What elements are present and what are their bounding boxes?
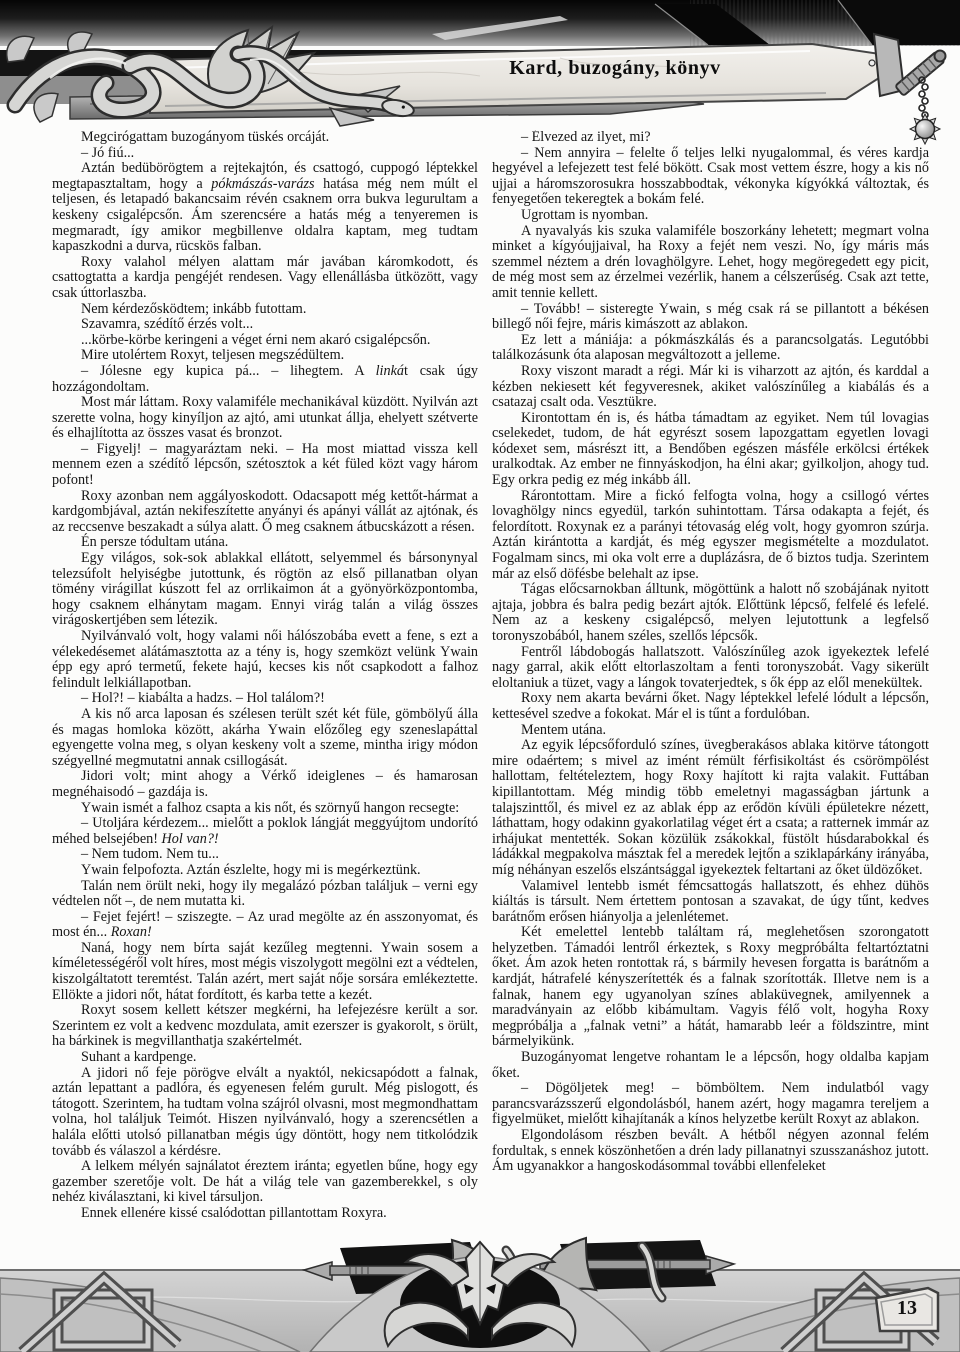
paragraph: Jidori volt; mint ahogy a Vérkő ideiglen… <box>52 769 478 800</box>
paragraph: Szavamra, szédítő érzés volt... <box>52 317 478 333</box>
text-run: – Tovább! – sisteregte Ywain, s még csak… <box>492 301 929 333</box>
page-title: Kard, buzogány, könyv <box>455 57 775 80</box>
paragraph: Kirontottam én is, és hátba támadtam az … <box>492 411 929 489</box>
text-run: Az egyik lépcsőforduló színes, üvegberak… <box>492 737 929 878</box>
paragraph: Roxy azonban nem aggályoskodott. Odacsap… <box>52 489 478 536</box>
paragraph: Rárontottam. Mire a fickó felfogta volna… <box>492 489 929 583</box>
paragraph: ...körbe-körbe keringeni a véget érni ne… <box>52 333 478 349</box>
dragon-wing <box>208 27 314 96</box>
left-axe-ornament <box>304 1240 501 1306</box>
text-run: Ennek ellenére kissé csalódottan pillant… <box>81 1205 387 1221</box>
paragraph: Nem kérdezősködtem; inkább futottam. <box>52 302 478 318</box>
text-run: Fentről lábdobogás hallatszott. Valószín… <box>492 644 929 691</box>
gray-bar <box>0 76 520 104</box>
text-run: A jidori nő feje pörögve elvált a nyaktó… <box>52 1065 478 1159</box>
text-run: Talán nem örült neki, hogy ily megalázó … <box>52 878 478 910</box>
text-run: A nyavalyás kis szuka valamiféle boszork… <box>492 223 929 301</box>
text-run: Most már láttam. Roxy valamiféle mechani… <box>52 394 478 441</box>
paragraph: – Tovább! – sisteregte Ywain, s még csak… <box>492 302 929 333</box>
paragraph: A jidori nő feje pörögve elvált a nyaktó… <box>52 1066 478 1160</box>
paragraph: Most már láttam. Roxy valamiféle mechani… <box>52 395 478 442</box>
paragraph: Két emelettel lentebb találtam rá, megle… <box>492 925 929 1050</box>
footer-engraving <box>0 1232 960 1352</box>
demon-mask-ornament <box>310 1242 650 1352</box>
text-run: Két emelettel lentebb találtam rá, megle… <box>492 924 929 1049</box>
paragraph: Az egyik lépcsőforduló színes, üvegberak… <box>492 738 929 878</box>
text-run: Mire utolértem Roxyt, teljesen megszédül… <box>81 347 344 363</box>
text-run: – Nem annyira – felelte ő teljes lelki n… <box>492 145 929 208</box>
paragraph: Ywain felpofozta. Aztán észlelte, hogy m… <box>52 863 478 879</box>
text-run: Roxy viszont maradt a régi. Már ki is vi… <box>492 363 929 410</box>
text-run: ...körbe-körbe keringeni a véget érni ne… <box>81 332 430 348</box>
paragraph: Ennek ellenére kissé csalódottan pillant… <box>52 1206 478 1222</box>
paragraph: Ywain ismét a falhoz csapta a kis nőt, é… <box>52 801 478 817</box>
text-run: Rárontottam. Mire a fickó felfogta volna… <box>492 488 929 582</box>
paragraph: – Nem annyira – felelte ő teljes lelki n… <box>492 146 929 208</box>
paragraph: A lelkem mélyén sajnálatot éreztem iránt… <box>52 1159 478 1206</box>
italic-text-run: Hol van?! <box>162 831 219 847</box>
text-run: Roxyt sosem kellett kétszer megkérni, ha… <box>52 1002 478 1049</box>
text-run: – Dögöljetek meg! – bömböltem. Nem indul… <box>492 1080 929 1127</box>
paragraph: – Dögöljetek meg! – bömböltem. Nem indul… <box>492 1081 929 1128</box>
text-run: A kis nő arca laposan és szélesen terült… <box>52 706 478 769</box>
text-run: Mentem utána. <box>521 722 606 738</box>
right-text-column: – Élvezed az ilyet, mi?– Nem annyira – f… <box>492 130 929 1248</box>
text-run: – Figyelj! – magyaráztam neki. – Ha most… <box>52 441 478 488</box>
paragraph: Roxy nem akarta bevárni őket. Nagy lépte… <box>492 691 929 722</box>
text-run: Naná, hogy nem bírta saját kezűleg megte… <box>52 940 478 1003</box>
text-run: Valamivel lentebb ismét fémcsattogás hal… <box>492 878 929 925</box>
text-run: Suhant a kardpenge. <box>81 1049 196 1065</box>
paragraph: Megcirógattam buzogányom tüskés orcáját. <box>52 130 478 146</box>
left-arch <box>0 1278 300 1352</box>
italic-text-run: Roxan! <box>111 924 152 940</box>
paragraph: Aztán bedübörögtem a rejtekajtón, és csa… <box>52 161 478 255</box>
text-run: Ugrottam is nyomban. <box>521 207 648 223</box>
text-run: Ez lett a mániája: a pókmászkálás és a p… <box>492 332 929 364</box>
text-run: Nyilvánvaló volt, hogy valami női hálósz… <box>52 628 478 691</box>
sword-hilt <box>874 34 946 96</box>
italic-text-run: linká <box>376 363 404 379</box>
text-run: Nem kérdezősködtem; inkább futottam. <box>81 301 306 317</box>
paragraph: Ez lett a mániája: a pókmászkálás és a p… <box>492 333 929 364</box>
paragraph: Elgondolásom részben bevált. A hétből né… <box>492 1128 929 1175</box>
paragraph: – Élvezed az ilyet, mi? <box>492 130 929 146</box>
text-run: Jidori volt; mint ahogy a Vérkő ideiglen… <box>52 768 478 800</box>
text-run: Kirontottam én is, és hátba támadtam az … <box>492 410 929 488</box>
page-number: 13 <box>884 1297 930 1321</box>
stone-band <box>0 1270 960 1352</box>
text-run: Tágas előcsarnokban álltunk, mögöttünk a… <box>492 581 929 644</box>
paragraph: – Nem tudom. Nem tu... <box>52 847 478 863</box>
hook-ornaments <box>506 1246 662 1302</box>
text-run: Roxy azonban nem aggályoskodott. Odacsap… <box>52 488 478 535</box>
paragraph: – Jólesne egy kupica pá... – lihegtem. A… <box>52 364 478 395</box>
italic-text-run: pókmászás-varázs <box>211 176 314 192</box>
paragraph: Nyilvánvaló volt, hogy valami női hálósz… <box>52 629 478 691</box>
paragraph: Én persze tódultam utána. <box>52 535 478 551</box>
text-run: A lelkem mélyén sajnálatot éreztem iránt… <box>52 1158 478 1205</box>
paragraph: Naná, hogy nem bírta saját kezűleg megte… <box>52 941 478 1003</box>
paragraph: A kis nő arca laposan és szélesen terült… <box>52 707 478 769</box>
paragraph: Roxy valahol mélyen alattam már javában … <box>52 255 478 302</box>
text-run: Ywain ismét a falhoz csapta a kis nőt, é… <box>81 800 459 816</box>
dragon-head <box>381 97 415 118</box>
left-text-column: Megcirógattam buzogányom tüskés orcáját.… <box>52 130 478 1248</box>
text-run: Buzogányomat lengetve rohantam le a lépc… <box>492 1049 929 1081</box>
paragraph: A nyavalyás kis szuka valamiféle boszork… <box>492 224 929 302</box>
text-run: Roxy nem akarta bevárni őket. Nagy lépte… <box>492 690 929 722</box>
text-run: – Jó fiú... <box>81 145 134 161</box>
paragraph: Mire utolértem Roxyt, teljesen megszédül… <box>52 348 478 364</box>
text-run: Ywain felpofozta. Aztán észlelte, hogy m… <box>81 862 421 878</box>
text-run: – Utoljára kérdezem... mielőtt a poklok … <box>52 815 478 847</box>
paragraph: – Utoljára kérdezem... mielőtt a poklok … <box>52 816 478 847</box>
text-run: Elgondolásom részben bevált. A hétből né… <box>492 1127 929 1174</box>
knotwork-left-ornament <box>22 1278 178 1352</box>
text-run: Én persze tódultam utána. <box>81 534 228 550</box>
paragraph: – Figyelj! – magyaráztam neki. – Ha most… <box>52 442 478 489</box>
paragraph: Egy világos, sok-sok ablakkal ellátott, … <box>52 551 478 629</box>
paragraph: Buzogányomat lengetve rohantam le a lépc… <box>492 1050 929 1081</box>
text-run: – Élvezed az ilyet, mi? <box>521 130 651 145</box>
text-run: – Jólesne egy kupica pá... – lihegtem. A <box>81 363 376 379</box>
paragraph: – Fejet fejért! – sziszegte. – Az urad m… <box>52 910 478 941</box>
paragraph: Roxy viszont maradt a régi. Már ki is vi… <box>492 364 929 411</box>
paragraph: Roxyt sosem kellett kétszer megkérni, ha… <box>52 1003 478 1050</box>
dragon-ornament <box>7 27 415 126</box>
text-run: – Nem tudom. Nem tu... <box>81 846 219 862</box>
top-band <box>0 0 960 46</box>
paragraph: Ugrottam is nyomban. <box>492 208 929 224</box>
paragraph: Suhant a kardpenge. <box>52 1050 478 1066</box>
paragraph: – Hol?! – kiabálta a hadzs. – Hol találo… <box>52 691 478 707</box>
paragraph: Valamivel lentebb ismét fémcsattogás hal… <box>492 879 929 926</box>
lower-sword-blade <box>70 89 704 119</box>
paragraph: – Jó fiú... <box>52 146 478 162</box>
text-run: Egy világos, sok-sok ablakkal ellátott, … <box>52 550 478 628</box>
paragraph: Tágas előcsarnokban álltunk, mögöttünk a… <box>492 582 929 644</box>
paragraph: Talán nem örült neki, hogy ily megalázó … <box>52 879 478 910</box>
paragraph: Mentem utána. <box>492 723 929 739</box>
text-run: Szavamra, szédítő érzés volt... <box>81 316 253 332</box>
paragraph: Fentről lábdobogás hallatszott. Valószín… <box>492 645 929 692</box>
book-page: Kard, buzogány, könyv Megcirógattam buzo… <box>0 0 960 1352</box>
text-run: Roxy valahol mélyen alattam már javában … <box>52 254 478 301</box>
text-run: Megcirógattam buzogányom tüskés orcáját. <box>81 130 329 145</box>
text-run: – Hol?! – kiabálta a hadzs. – Hol találo… <box>81 690 325 706</box>
